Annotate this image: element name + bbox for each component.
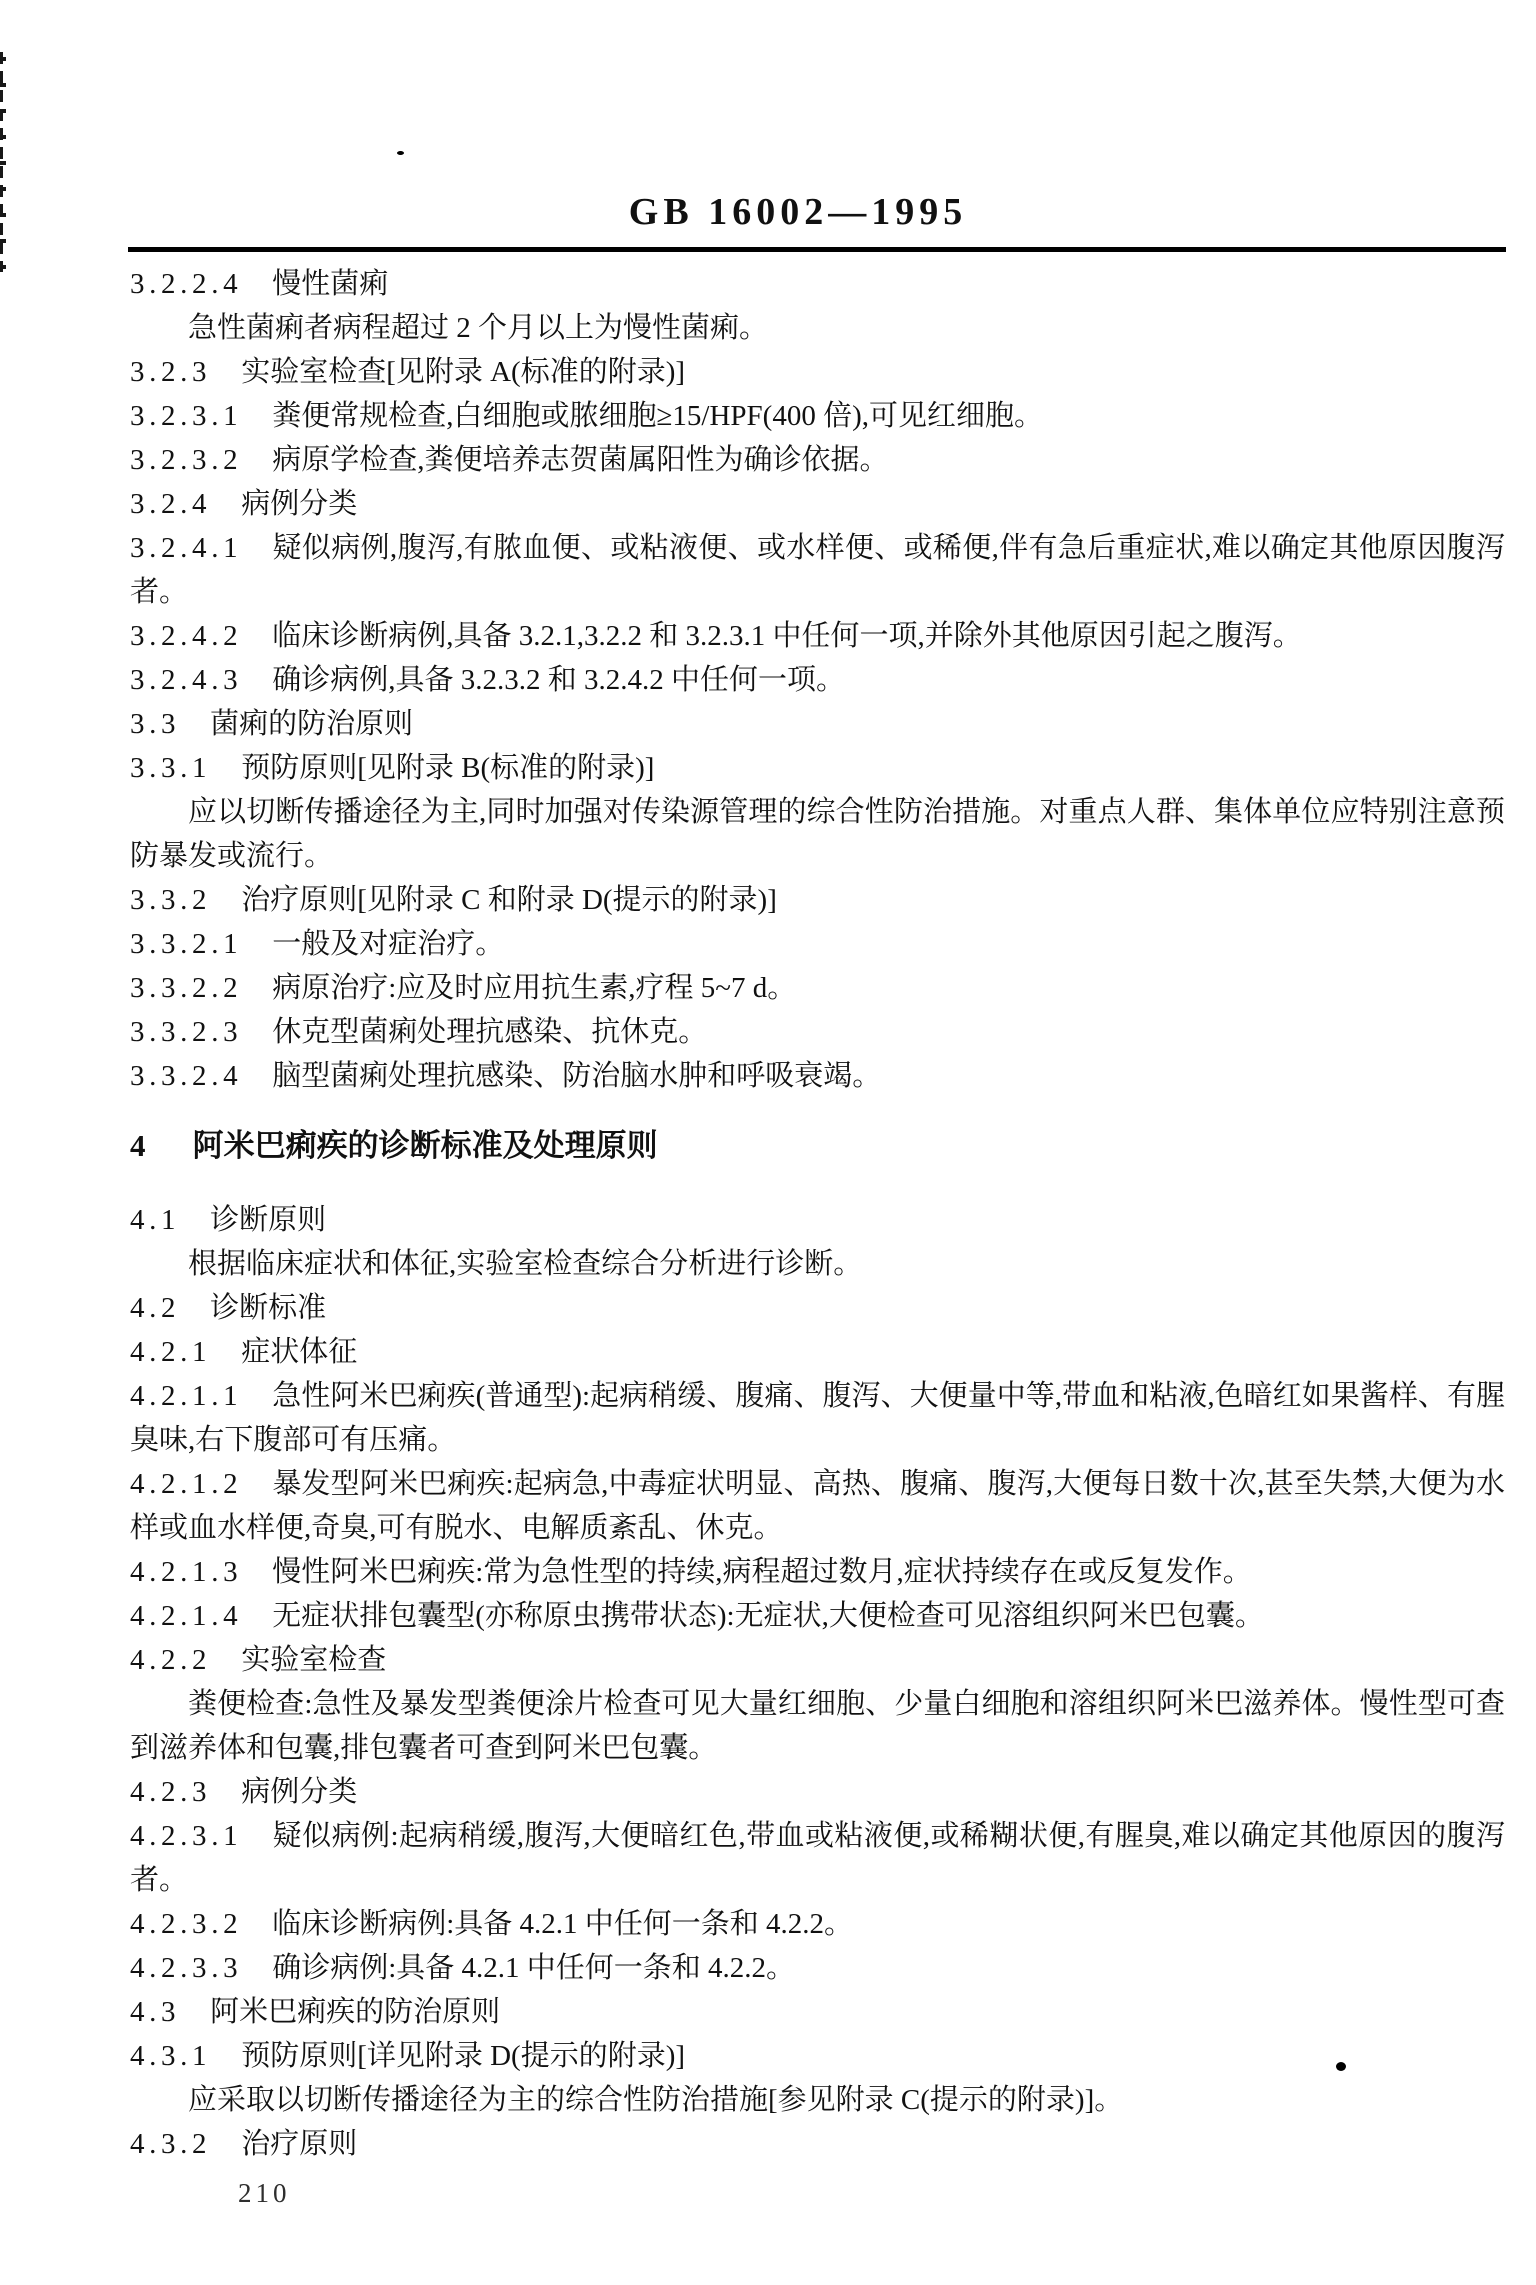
- header-rule: [128, 247, 1506, 252]
- clause-number: 3.3.2: [130, 884, 211, 916]
- clause-number: 4.2.1.4: [130, 1600, 242, 1632]
- clause-number: 3.2.3: [130, 356, 211, 388]
- clause-item: 4.2.1.1急性阿米巴痢疾(普通型):起病稍缓、腹痛、腹泻、大便量中等,带血和…: [130, 1374, 1505, 1462]
- clause-text: 急性阿米巴痢疾(普通型):起病稍缓、腹痛、腹泻、大便量中等,带血和粘液,色暗红如…: [130, 1380, 1505, 1456]
- clause-number: 3.2.3.1: [130, 400, 242, 432]
- paragraph: 应以切断传播途径为主,同时加强对传染源管理的综合性防治措施。对重点人群、集体单位…: [130, 790, 1505, 878]
- clause-text: 预防原则[详见附录 D(提示的附录)]: [241, 2040, 685, 2072]
- clause-number: 3.2.3.2: [130, 444, 242, 476]
- clause-text: 确诊病例:具备 4.2.1 中任何一条和 4.2.2。: [272, 1952, 795, 1984]
- page-number: 210: [238, 2178, 291, 2209]
- ink-speck: [397, 151, 404, 155]
- clause-text: 阿米巴痢疾的防治原则: [210, 1996, 500, 2028]
- clause-number: 4: [130, 1128, 149, 1163]
- clause-item: 3.2.3.2病原学检查,粪便培养志贺菌属阳性为确诊依据。: [130, 438, 1505, 482]
- clause-number: 4.2.2: [130, 1644, 211, 1676]
- clause-number: 3.3.1: [130, 752, 211, 784]
- clause-item: 3.3菌痢的防治原则: [130, 702, 1505, 746]
- clause-number: 3.3.2.2: [130, 972, 242, 1004]
- clause-item: 4.2.3病例分类: [130, 1770, 1505, 1814]
- clause-text: 实验室检查: [241, 1644, 386, 1676]
- clause-item: 3.3.2.4脑型菌痢处理抗感染、防治脑水肿和呼吸衰竭。: [130, 1054, 1505, 1098]
- clause-item: 4.2.2实验室检查: [130, 1638, 1505, 1682]
- clause-text: 症状体征: [241, 1336, 357, 1368]
- clause-text: 实验室检查[见附录 A(标准的附录)]: [241, 356, 685, 388]
- paragraph: 应采取以切断传播途径为主的综合性防治措施[参见附录 C(提示的附录)]。: [130, 2078, 1505, 2122]
- clause-item: 4.3阿米巴痢疾的防治原则: [130, 1990, 1505, 2034]
- clause-text: 慢性阿米巴痢疾:常为急性型的持续,病程超过数月,症状持续存在或反复发作。: [272, 1556, 1252, 1588]
- clause-text: 阿米巴痢疾的诊断标准及处理原则: [193, 1128, 658, 1163]
- clause-text: 疑似病例,腹泻,有脓血便、或粘液便、或水样便、或稀便,伴有急后重症状,难以确定其…: [130, 532, 1505, 608]
- clause-text: 诊断原则: [210, 1204, 326, 1236]
- clause-item: 3.2.4.1疑似病例,腹泻,有脓血便、或粘液便、或水样便、或稀便,伴有急后重症…: [130, 526, 1505, 614]
- clause-item: 4.2.3.1疑似病例:起病稍缓,腹泻,大便暗红色,带血或粘液便,或稀糊状便,有…: [130, 1814, 1505, 1902]
- clause-number: 3.3.2.3: [130, 1016, 242, 1048]
- clause-item: 3.3.2治疗原则[见附录 C 和附录 D(提示的附录)]: [130, 878, 1505, 922]
- clause-text: 菌痢的防治原则: [210, 708, 413, 740]
- section-heading: 4阿米巴痢疾的诊断标准及处理原则: [130, 1124, 1505, 1168]
- clause-item: 3.2.4病例分类: [130, 482, 1505, 526]
- clause-item: 3.2.4.2临床诊断病例,具备 3.2.1,3.2.2 和 3.2.3.1 中…: [130, 614, 1505, 658]
- clause-number: 4.2.1.3: [130, 1556, 242, 1588]
- clause-number: 4.3: [130, 1996, 180, 2028]
- scan-artifact-left-edge: [0, 52, 7, 272]
- clause-number: 3.2.4: [130, 488, 211, 520]
- clause-item: 4.2诊断标准: [130, 1286, 1505, 1330]
- document-body: 3.2.2.4慢性菌痢急性菌痢者病程超过 2 个月以上为慢性菌痢。3.2.3实验…: [130, 262, 1505, 2166]
- clause-item: 4.2.1.3慢性阿米巴痢疾:常为急性型的持续,病程超过数月,症状持续存在或反复…: [130, 1550, 1505, 1594]
- clause-item: 4.2.3.2临床诊断病例:具备 4.2.1 中任何一条和 4.2.2。: [130, 1902, 1505, 1946]
- clause-text: 暴发型阿米巴痢疾:起病急,中毒症状明显、高热、腹痛、腹泻,大便每日数十次,甚至失…: [130, 1468, 1505, 1544]
- clause-number: 4.2.1: [130, 1336, 211, 1368]
- clause-number: 3.2.4.1: [130, 532, 242, 564]
- clause-item: 4.2.1.4无症状排包囊型(亦称原虫携带状态):无症状,大便检查可见溶组织阿米…: [130, 1594, 1505, 1638]
- paragraph: 急性菌痢者病程超过 2 个月以上为慢性菌痢。: [130, 306, 1505, 350]
- clause-item: 4.2.1症状体征: [130, 1330, 1505, 1374]
- clause-item: 3.3.2.3休克型菌痢处理抗感染、抗休克。: [130, 1010, 1505, 1054]
- clause-item: 4.1诊断原则: [130, 1198, 1505, 1242]
- clause-item: 3.2.3.1粪便常规检查,白细胞或脓细胞≥15/HPF(400 倍),可见红细…: [130, 394, 1505, 438]
- clause-number: 3.2.4.3: [130, 664, 242, 696]
- clause-text: 治疗原则: [241, 2128, 357, 2160]
- clause-text: 无症状排包囊型(亦称原虫携带状态):无症状,大便检查可见溶组织阿米巴包囊。: [272, 1600, 1264, 1632]
- clause-number: 4.2: [130, 1292, 180, 1324]
- clause-item: 4.3.1预防原则[详见附录 D(提示的附录)]: [130, 2034, 1505, 2078]
- clause-number: 4.1: [130, 1204, 180, 1236]
- clause-item: 4.3.2治疗原则: [130, 2122, 1505, 2166]
- clause-text: 粪便常规检查,白细胞或脓细胞≥15/HPF(400 倍),可见红细胞。: [272, 400, 1043, 432]
- clause-item: 3.3.2.1一般及对症治疗。: [130, 922, 1505, 966]
- clause-number: 3.2.2.4: [130, 268, 242, 300]
- clause-text: 病例分类: [241, 1776, 357, 1808]
- clause-number: 3.2.4.2: [130, 620, 242, 652]
- clause-number: 3.3.2.4: [130, 1060, 242, 1092]
- clause-item: 3.2.2.4慢性菌痢: [130, 262, 1505, 306]
- clause-text: 临床诊断病例,具备 3.2.1,3.2.2 和 3.2.3.1 中任何一项,并除…: [272, 620, 1302, 652]
- clause-item: 3.2.4.3确诊病例,具备 3.2.3.2 和 3.2.4.2 中任何一项。: [130, 658, 1505, 702]
- clause-number: 4.2.3.3: [130, 1952, 242, 1984]
- clause-number: 4.2.3.1: [130, 1820, 242, 1852]
- clause-number: 4.2.1.1: [130, 1380, 242, 1412]
- clause-number: 4.3.1: [130, 2040, 211, 2072]
- clause-item: 4.2.3.3确诊病例:具备 4.2.1 中任何一条和 4.2.2。: [130, 1946, 1505, 1990]
- clause-text: 病例分类: [241, 488, 357, 520]
- clause-item: 4.2.1.2暴发型阿米巴痢疾:起病急,中毒症状明显、高热、腹痛、腹泻,大便每日…: [130, 1462, 1505, 1550]
- clause-text: 慢性菌痢: [272, 268, 388, 300]
- clause-text: 脑型菌痢处理抗感染、防治脑水肿和呼吸衰竭。: [272, 1060, 881, 1092]
- standard-code: GB 16002—1995: [30, 190, 1536, 234]
- clause-number: 4.2.3.2: [130, 1908, 242, 1940]
- clause-text: 休克型菌痢处理抗感染、抗休克。: [272, 1016, 707, 1048]
- paragraph: 根据临床症状和体征,实验室检查综合分析进行诊断。: [130, 1242, 1505, 1286]
- clause-text: 治疗原则[见附录 C 和附录 D(提示的附录)]: [241, 884, 777, 916]
- clause-text: 临床诊断病例:具备 4.2.1 中任何一条和 4.2.2。: [272, 1908, 853, 1940]
- clause-number: 4.3.2: [130, 2128, 211, 2160]
- clause-text: 一般及对症治疗。: [272, 928, 504, 960]
- paragraph: 粪便检查:急性及暴发型粪便涂片检查可见大量红细胞、少量白细胞和溶组织阿米巴滋养体…: [130, 1682, 1505, 1770]
- clause-number: 3.3: [130, 708, 180, 740]
- clause-text: 诊断标准: [210, 1292, 326, 1324]
- clause-number: 4.2.3: [130, 1776, 211, 1808]
- clause-item: 3.3.2.2病原治疗:应及时应用抗生素,疗程 5~7 d。: [130, 966, 1505, 1010]
- clause-number: 3.3.2.1: [130, 928, 242, 960]
- clause-text: 确诊病例,具备 3.2.3.2 和 3.2.4.2 中任何一项。: [272, 664, 845, 696]
- clause-text: 疑似病例:起病稍缓,腹泻,大便暗红色,带血或粘液便,或稀糊状便,有腥臭,难以确定…: [130, 1820, 1505, 1896]
- clause-text: 病原学检查,粪便培养志贺菌属阳性为确诊依据。: [272, 444, 888, 476]
- clause-text: 病原治疗:应及时应用抗生素,疗程 5~7 d。: [272, 972, 796, 1004]
- clause-item: 3.3.1预防原则[见附录 B(标准的附录)]: [130, 746, 1505, 790]
- clause-number: 4.2.1.2: [130, 1468, 242, 1500]
- scanned-page: GB 16002—1995 3.2.2.4慢性菌痢急性菌痢者病程超过 2 个月以…: [0, 0, 1536, 2285]
- clause-text: 预防原则[见附录 B(标准的附录)]: [241, 752, 654, 784]
- clause-item: 3.2.3实验室检查[见附录 A(标准的附录)]: [130, 350, 1505, 394]
